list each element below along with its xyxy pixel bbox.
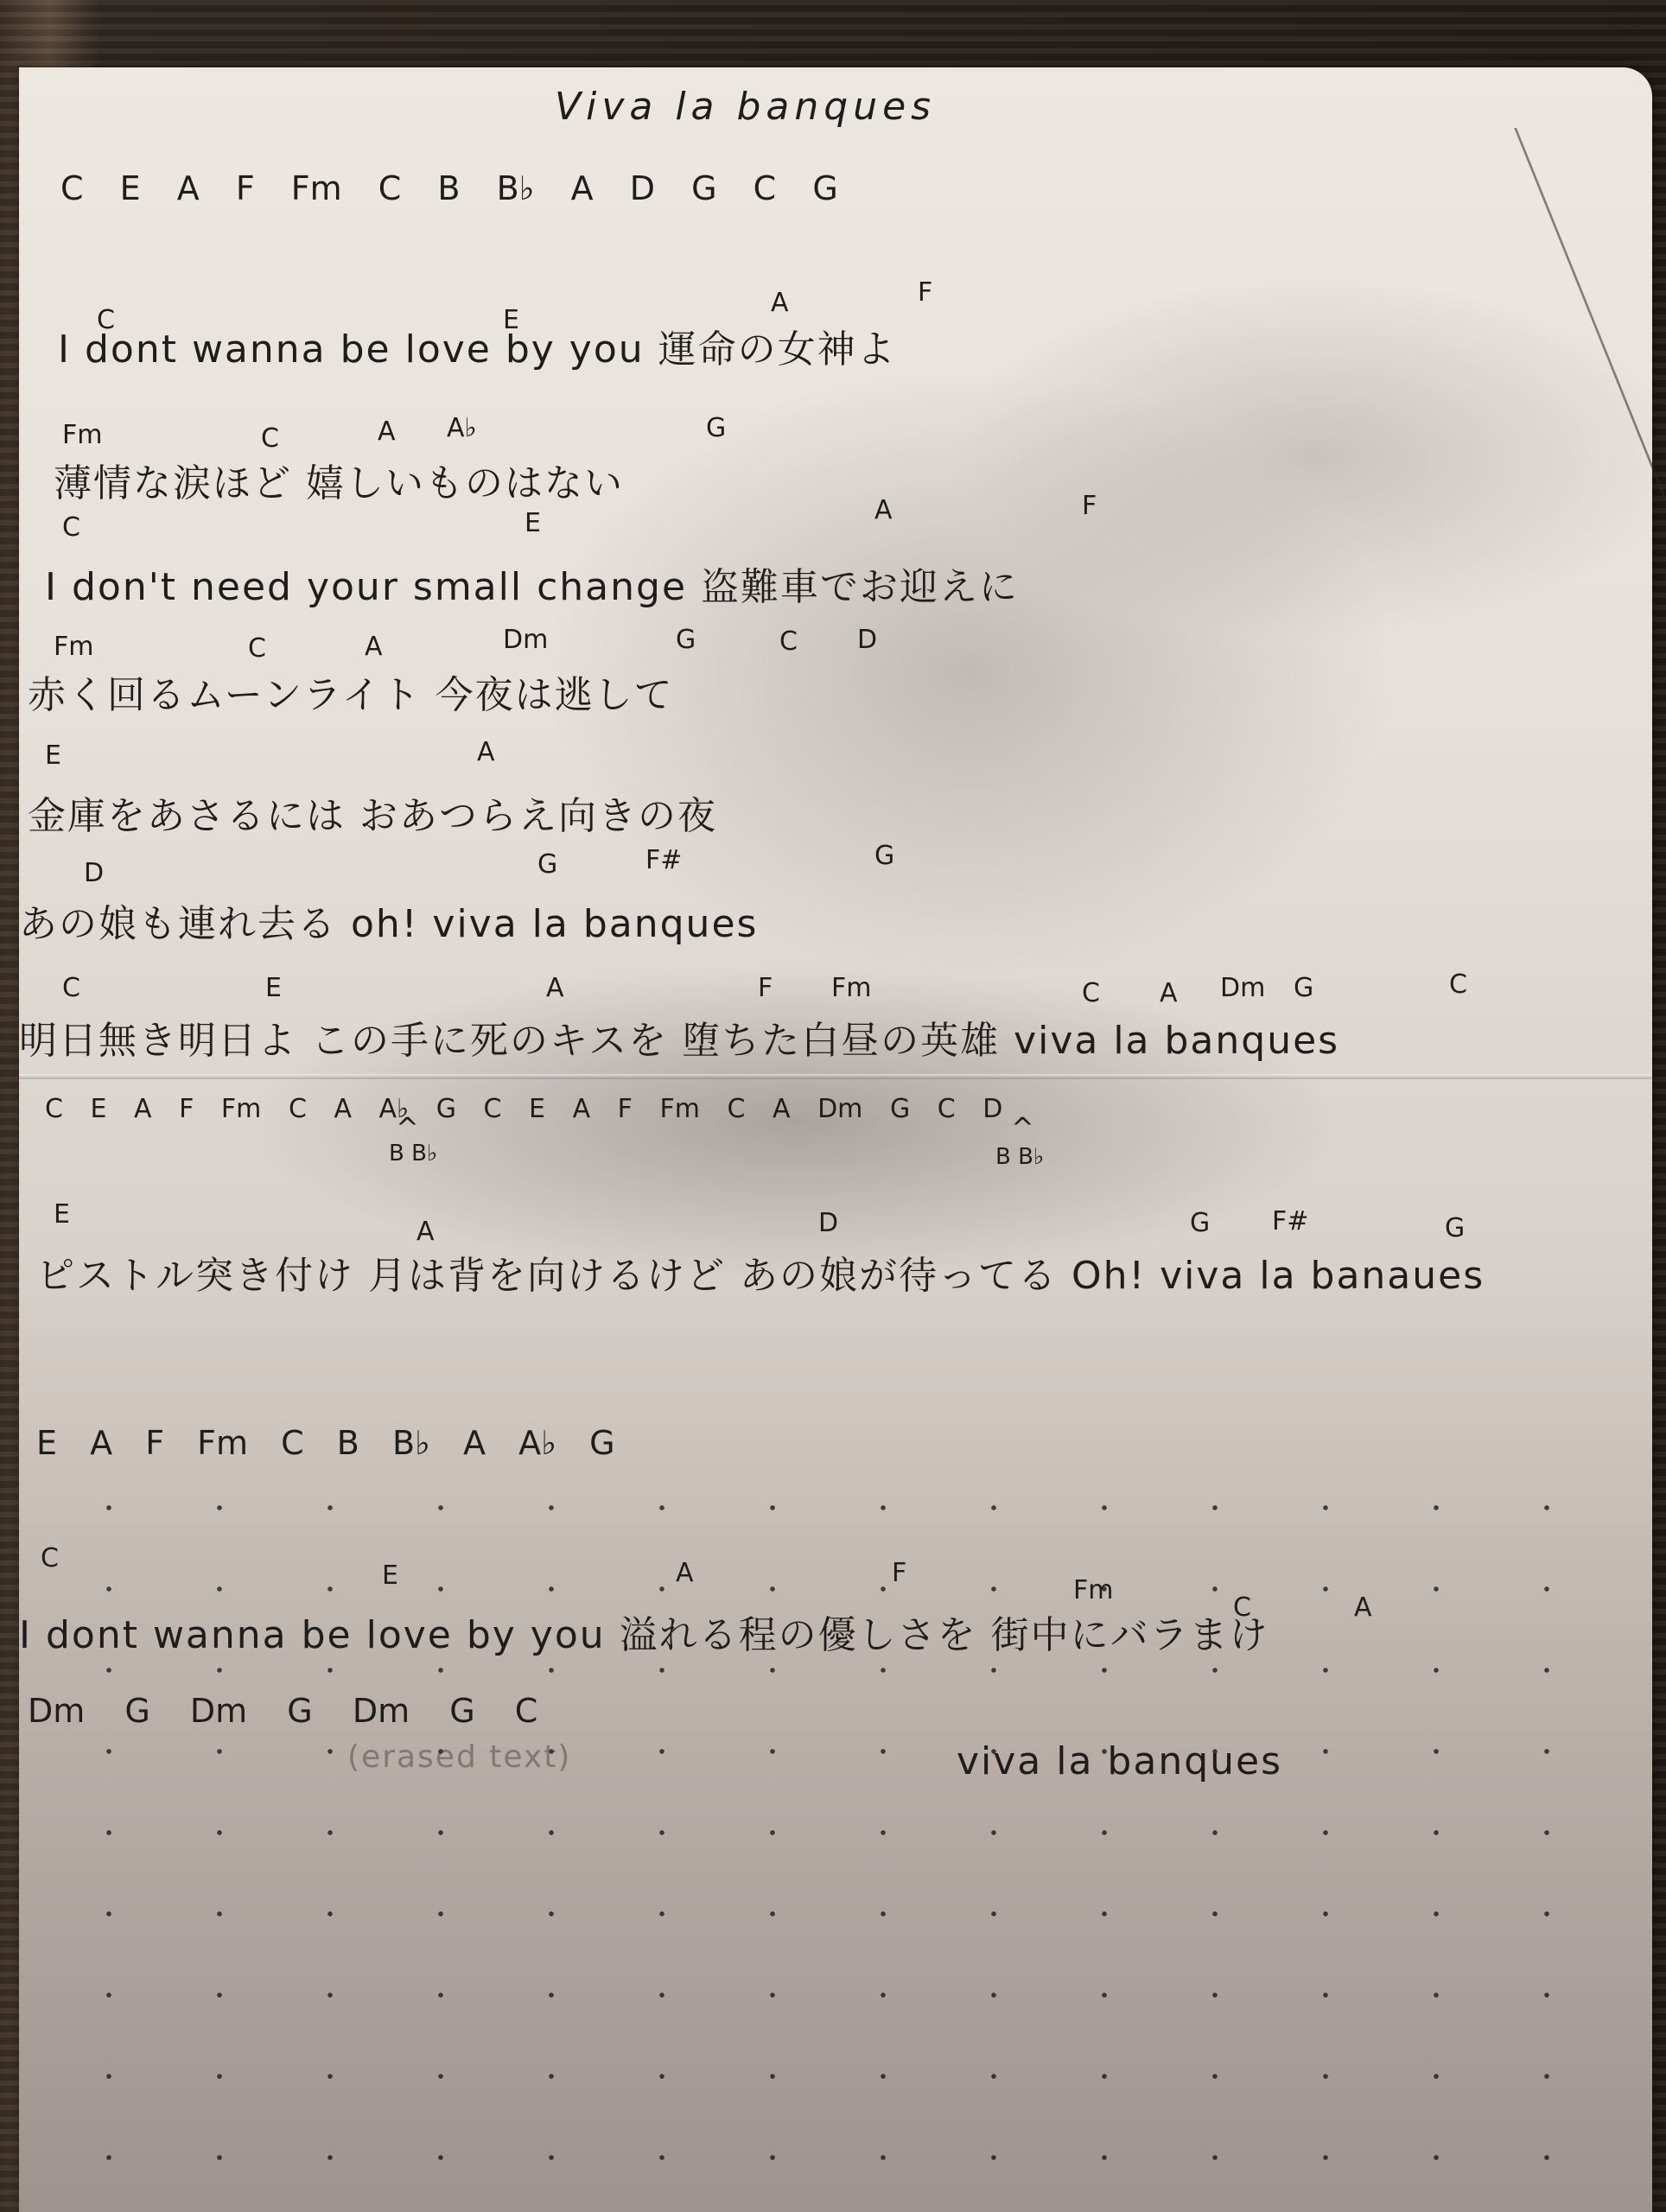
chord: C — [248, 633, 266, 664]
chord: A — [573, 1094, 591, 1124]
chord-row-3: C E A F — [45, 512, 1600, 547]
chord: Dm — [817, 1094, 862, 1124]
chord: G — [537, 849, 557, 880]
chord: C — [281, 1424, 304, 1462]
chord: C — [727, 1094, 745, 1124]
intro-chord: F — [236, 169, 255, 207]
chord: A — [477, 737, 495, 767]
lyric-line-9: I dont wanna be love by you 溢れる程の優しさを 街中… — [19, 1604, 1269, 1659]
intro-chord: A — [571, 169, 594, 207]
caret-mark: ^ — [396, 1111, 419, 1144]
chord: C — [62, 973, 80, 1003]
lyric-line-5: 金庫をあさるには おあつらえ向きの夜 — [28, 785, 717, 840]
torn-corner-edge — [1514, 128, 1666, 577]
intro-chord: B — [437, 169, 460, 207]
chord: D — [857, 625, 877, 655]
chord: B♭ — [392, 1424, 430, 1462]
chord: G — [449, 1692, 474, 1730]
chord: A — [134, 1094, 152, 1124]
chord: F — [758, 973, 773, 1003]
chord-row-4: Fm C A Dm G C D — [45, 625, 1600, 659]
lyric-line-4: 赤く回るムーンライト 今夜は逃して — [28, 664, 674, 719]
chord: Fm — [221, 1094, 261, 1124]
chord: A — [1354, 1592, 1372, 1623]
chord: E — [265, 973, 282, 1003]
chord: A — [334, 1094, 352, 1124]
intro-chord: C — [378, 169, 402, 207]
chord: A — [1160, 978, 1178, 1008]
chord: B — [337, 1424, 359, 1462]
chord: G — [287, 1692, 312, 1730]
chord: D — [982, 1094, 1002, 1124]
intro-chord: E — [120, 169, 141, 207]
chord: E — [525, 508, 541, 538]
chord: Fm — [54, 632, 93, 662]
chord: G — [1294, 973, 1313, 1003]
chord: G — [874, 841, 894, 871]
chord-row-5: E A — [36, 737, 1592, 772]
chord: C — [779, 626, 798, 657]
chord: F — [145, 1424, 164, 1462]
intro-chord: G — [691, 169, 716, 207]
chord: C — [938, 1094, 956, 1124]
chord: A — [378, 416, 396, 447]
chord: A — [463, 1424, 486, 1462]
interlude-chords-2: E A F Fm C B B♭ A A♭ G — [36, 1424, 615, 1462]
chord: F — [892, 1558, 906, 1588]
caret-mark: ^ — [1011, 1111, 1034, 1144]
erased-lyric-text: (erased text) — [347, 1739, 571, 1775]
chord: Dm — [28, 1692, 85, 1730]
split-chord-bracket-1: ^ B B♭ — [389, 1128, 437, 1154]
chord: F — [918, 277, 932, 308]
chord: C — [289, 1094, 307, 1124]
intro-chord: C — [754, 169, 777, 207]
chord: C — [45, 1094, 63, 1124]
chord: G — [890, 1094, 910, 1124]
chord: A — [90, 1424, 112, 1462]
chord: G — [1190, 1208, 1210, 1238]
chord-row-9: C E A F Fm C A — [19, 1536, 1644, 1571]
lyric-line-7: 明日無き明日よ この手に死のキスを 堕ちた白昼の英雄 viva la banqu… — [19, 1009, 1339, 1065]
chord: C — [1449, 969, 1467, 1000]
chord: Fm — [1073, 1575, 1113, 1605]
intro-chord: G — [812, 169, 837, 207]
interlude-chords-1: C E A F Fm C A A♭ G C E A F Fm C A Dm G … — [45, 1094, 1002, 1124]
chord: G — [706, 413, 726, 443]
intro-chord: A — [177, 169, 200, 207]
chord: A — [771, 288, 789, 318]
chord: Dm — [190, 1692, 247, 1730]
chord: C — [62, 512, 80, 543]
lyric-line-3: I don't need your small change 盗難車でお迎えに — [45, 556, 1019, 611]
chord: C — [515, 1692, 538, 1730]
chord: E — [36, 1424, 57, 1462]
chord-sheet-paper: Viva la banques C E A F Fm C B B♭ A D G … — [19, 67, 1652, 2212]
chord: C — [41, 1543, 59, 1573]
chord: G — [124, 1692, 149, 1730]
chord: D — [84, 858, 104, 888]
chord: A — [773, 1094, 791, 1124]
chord: C — [484, 1094, 502, 1124]
chord: F — [179, 1094, 194, 1124]
chord: E — [382, 1560, 398, 1591]
chord: E — [54, 1199, 70, 1230]
lyric-line-1: I dont wanna be love by you 運命の女神よ — [58, 318, 897, 373]
bracket-chords: B B♭ — [995, 1144, 1044, 1170]
chord: Fm — [62, 420, 102, 450]
chord: F — [1082, 491, 1097, 521]
lyric-line-10: viva la banques — [957, 1739, 1282, 1783]
chord-row-1: C E A F — [45, 245, 1600, 279]
chord: A — [416, 1217, 435, 1247]
chord: G — [1445, 1213, 1465, 1243]
chord: A — [546, 973, 564, 1003]
chord: F# — [645, 845, 682, 875]
intro-chord: B♭ — [497, 169, 535, 207]
intro-chords: C E A F Fm C B B♭ A D G C G — [60, 169, 838, 207]
intro-chord: Fm — [291, 169, 342, 207]
chord: A — [874, 495, 893, 525]
chord: G — [676, 625, 696, 655]
intro-chord: D — [630, 169, 655, 207]
chord: A — [365, 632, 383, 662]
bracket-chords: B B♭ — [389, 1141, 437, 1166]
chord: Dm — [503, 625, 548, 655]
chord: G — [589, 1424, 614, 1462]
chord: F — [618, 1094, 633, 1124]
chord: F# — [1272, 1206, 1308, 1236]
lyric-line-6: あの娘も連れ去る oh! viva la banques — [19, 893, 758, 948]
chord-row-2: Fm C A A♭ G — [45, 413, 1600, 448]
lyric-line-8: ピストル突き付け 月は背を向けるけど あの娘が待ってる Oh! viva la … — [36, 1244, 1485, 1300]
chord: E — [45, 741, 61, 771]
chord-row-10: Dm G Dm G Dm G C — [28, 1692, 537, 1730]
chord-row-8: E A D G F# G — [28, 1199, 1652, 1234]
song-title: Viva la banques — [555, 85, 936, 129]
chord: E — [529, 1094, 545, 1124]
split-chord-bracket-2: ^ B B♭ — [995, 1128, 1044, 1154]
chord: Fm — [831, 973, 871, 1003]
chord-row-7: C E A F Fm C A Dm G C — [36, 966, 1661, 1001]
chord: Dm — [353, 1692, 410, 1730]
chord: Fm — [659, 1094, 699, 1124]
chord: C — [1082, 978, 1100, 1008]
chord: A♭ — [447, 413, 477, 443]
chord: A♭ — [518, 1424, 556, 1462]
chord: D — [818, 1208, 838, 1238]
intro-chord: C — [60, 169, 84, 207]
chord: A — [676, 1558, 694, 1588]
chord: Fm — [197, 1424, 248, 1462]
chord: E — [91, 1094, 107, 1124]
lyric-line-2: 薄情な涙ほど 嬉しいものはない — [54, 452, 624, 507]
paper-fold-crease — [19, 1074, 1652, 1079]
chord: Dm — [1220, 973, 1265, 1003]
chord: C — [261, 423, 279, 454]
chord-row-6: D G F# G — [36, 849, 1592, 884]
chord: G — [436, 1094, 456, 1124]
